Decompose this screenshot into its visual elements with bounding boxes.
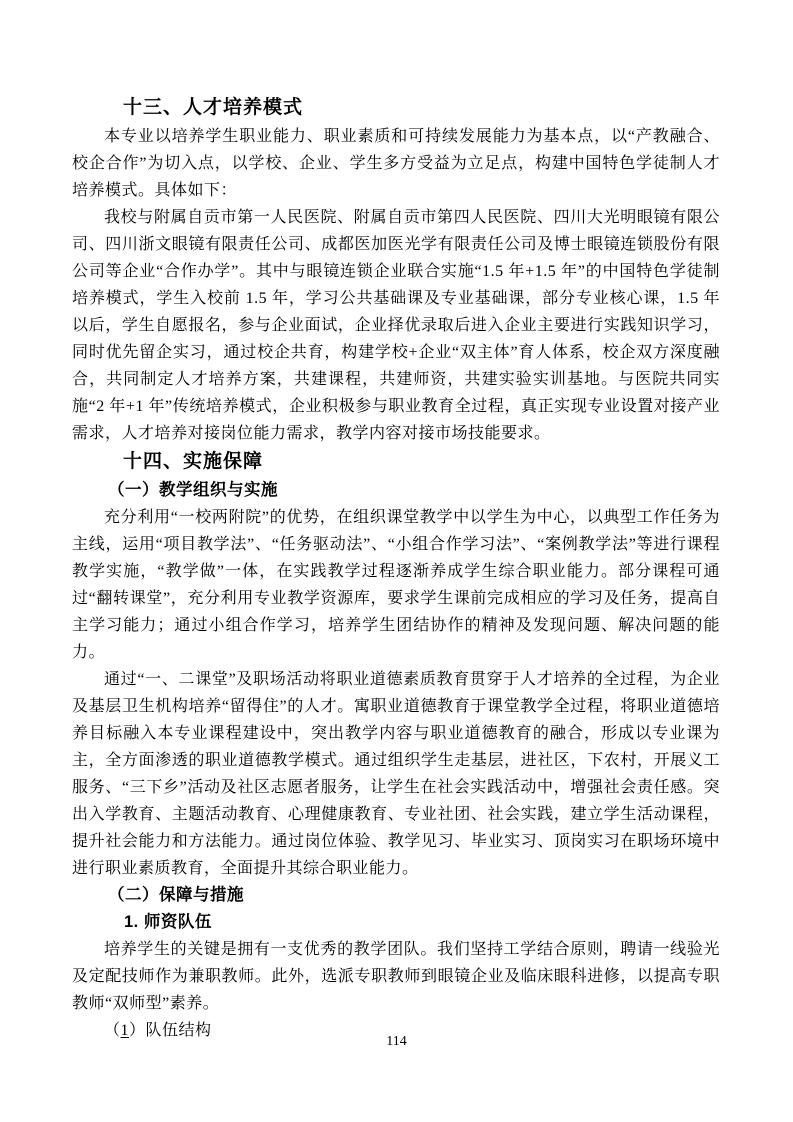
document-page: 十三、人才培养模式 本专业以培养学生职业能力、职业素质和可持续发展能力为基本点，… xyxy=(0,0,793,1122)
section-heading-14-implementation-guarantee: 十四、实施保障 xyxy=(123,447,720,477)
paragraph-faculty-team: 培养学生的关键是拥有一支优秀的教学团队。我们坚持工学结合原则，聘请一线验光及定配… xyxy=(72,936,720,1017)
subheading-guarantee-measures: （二）保障与措施 xyxy=(108,882,720,909)
section-heading-13-talent-training-model: 十三、人才培养模式 xyxy=(123,93,720,123)
page-number: 114 xyxy=(0,1032,793,1052)
paragraph-intro: 本专业以培养学生职业能力、职业素质和可持续发展能力为基本点，以“产教融合、校企合… xyxy=(72,123,720,204)
paragraph-school-enterprise-cooperation: 我校与附属自贡市第一人民医院、附属自贡市第四人民医院、四川大光明眼镜有限公司、四… xyxy=(72,204,720,447)
paragraph-teaching-organization: 充分利用“一校两附院”的优势，在组织课堂教学中以学生为中心，以典型工作任务为主线… xyxy=(72,504,720,666)
paragraph-moral-education: 通过“一、二课堂”及职场活动将职业道德素质教育贯穿于人才培养的全过程，为企业及基… xyxy=(72,666,720,882)
subheading-teaching-organization: （一）教学组织与实施 xyxy=(108,477,720,504)
subheading-faculty-team: 1. 师资队伍 xyxy=(124,909,720,936)
